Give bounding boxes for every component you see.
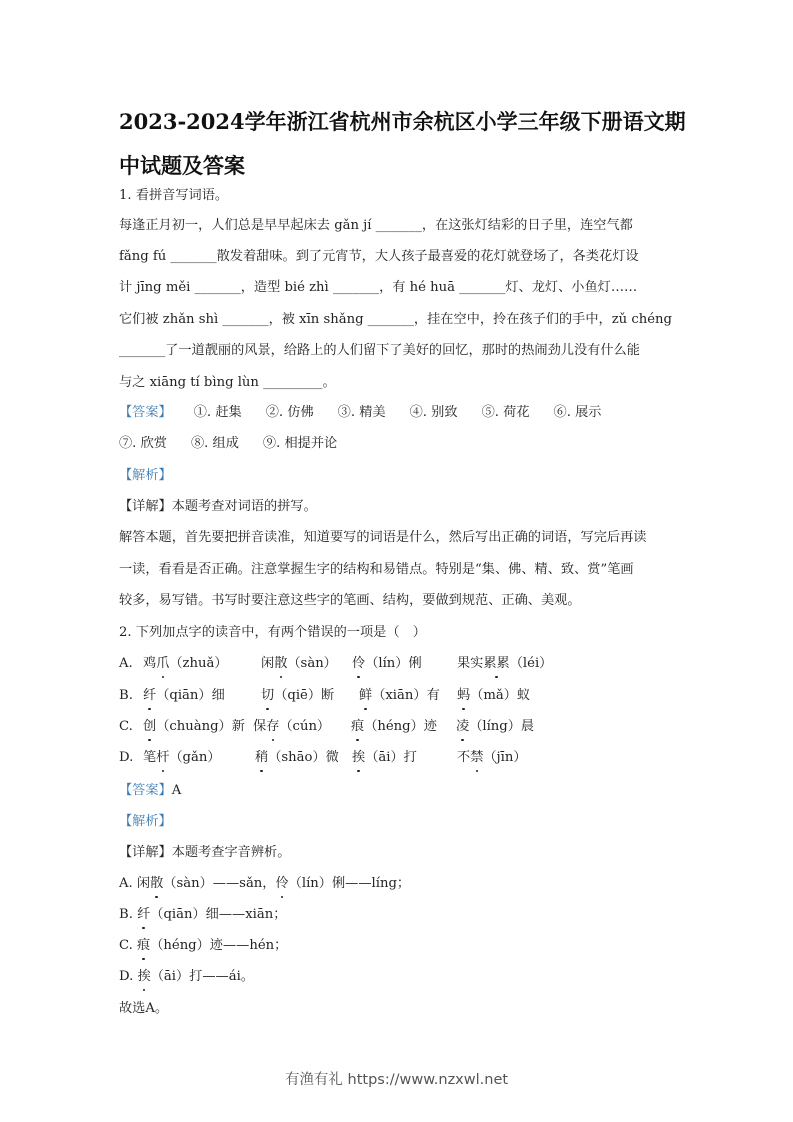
q2-option-b: B. 纤（qiān）细 切（qiē）断 鲜（xiān）有 蚂（mǎ）蚁 — [119, 686, 133, 706]
q1-detail: 【详解】本题考查对词语的拼写。 — [119, 497, 317, 517]
q2-option-a: A. 鸡爪（zhuǎ） 闲散（sàn） 伶（lín）俐 果实累累（léi） — [119, 654, 133, 674]
q2-stem: 2. 下列加点字的读音中，有两个错误的一项是（ ） — [119, 623, 426, 643]
q2-detail: 【详解】本题考查字音辨析。 — [119, 843, 290, 863]
option-item: 创（chuàng）新 — [143, 717, 245, 737]
q2-option-d: D. 笔杆（gǎn） 稍（shāo）微 挨（āi）打 不禁（jīn） — [119, 748, 133, 768]
option-item: 挨（āi）打 — [352, 748, 417, 768]
option-item: 稍（shāo）微 — [255, 748, 339, 768]
answer-label: 【答案】 — [119, 405, 172, 420]
q2-option-c: C. 创（chuàng）新 保存（cún） 痕（héng）迹 凌（líng）晨 — [119, 717, 133, 737]
q2-answer: 【答案】A — [119, 781, 181, 801]
q1-explain-line: 较多，易写错。书写时要注意这些字的笔画、结构，要做到规范、正确、美观。 — [119, 591, 581, 611]
answer-value: A — [172, 783, 182, 798]
q1-para-line: 计 jīng měi _______，造型 bié zhì _______，有 … — [119, 278, 637, 298]
q2-explain-b: B. 纤（qiān）细——xiān； — [119, 905, 286, 925]
q1-para-line: _______了一道靓丽的风景，给路上的人们留下了美好的回忆，那时的热闹劲儿没有… — [119, 341, 640, 361]
title-line-2: 中试题及答案 — [119, 144, 689, 188]
option-item: 闲散（sàn） — [261, 654, 337, 674]
answer-item: ⑨. 相提并论 — [263, 436, 337, 451]
answer-item: ⑥. 展示 — [554, 405, 602, 420]
q1-answer-row-1: 【答案】①. 赶集②. 仿佛③. 精美④. 别致⑤. 荷花⑥. 展示 — [119, 403, 601, 423]
q2-explain-d: D. 挨（āi）打——ái。 — [119, 967, 254, 987]
answer-item: ⑧. 组成 — [191, 436, 239, 451]
footer-watermark: 有渔有礼 https://www.nzxwl.net — [0, 1068, 793, 1089]
q1-para-line: fǎng fú _______散发着甜味。到了元宵节，大人孩子最喜爱的花灯就登场… — [119, 247, 639, 267]
q1-stem: 1. 看拼音写词语。 — [119, 186, 228, 206]
option-item: 蚂（mǎ）蚁 — [457, 686, 530, 706]
option-item: 痕（héng）迹 — [351, 717, 437, 737]
answer-item: ②. 仿佛 — [266, 405, 314, 420]
q2-explain-a: A. 闲散（sàn）——sǎn，伶（lín）俐——líng； — [119, 874, 410, 894]
option-item: 鸡爪（zhuǎ） — [143, 654, 228, 674]
option-item: 伶（lín）俐 — [352, 654, 422, 674]
q1-answer-row-2: ⑦. 欣赏⑧. 组成⑨. 相提并论 — [119, 434, 337, 454]
q2-conclusion: 故选A。 — [119, 999, 168, 1019]
option-item: 切（qiē）断 — [261, 686, 334, 706]
q1-para-line: 与之 xiāng tí bìng lùn _________。 — [119, 373, 336, 393]
analysis-label: 【解析】 — [119, 466, 172, 486]
option-item: 凌（líng）晨 — [456, 717, 534, 737]
option-item: 不禁（jīn） — [457, 748, 527, 768]
answer-item: ④. 别致 — [410, 405, 458, 420]
q1-explain-line: 解答本题，首先要把拼音读准，知道要写的词语是什么，然后写出正确的词语，写完后再读 — [119, 528, 647, 548]
option-item: 笔杆（gǎn） — [143, 748, 221, 768]
option-item: 纤（qiān）细 — [143, 686, 225, 706]
answer-label: 【答案】 — [119, 783, 172, 798]
answer-item: ⑤. 荷花 — [482, 405, 530, 420]
q1-para-line: 每逢正月初一，人们总是早早起床去 gǎn jí _______，在这张灯结彩的日… — [119, 216, 633, 236]
option-item: 保存（cún） — [253, 717, 330, 737]
document-title: 2023-2024学年浙江省杭州市余杭区小学三年级下册语文期 中试题及答案 — [119, 100, 689, 188]
answer-item: ③. 精美 — [338, 405, 386, 420]
answer-item: ⑦. 欣赏 — [119, 436, 167, 451]
title-line-1: 2023-2024学年浙江省杭州市余杭区小学三年级下册语文期 — [119, 100, 689, 144]
option-item: 鲜（xiān）有 — [359, 686, 440, 706]
q1-para-line: 它们被 zhǎn shì _______，被 xīn shǎng _______… — [119, 310, 672, 330]
analysis-label: 【解析】 — [119, 812, 172, 832]
q2-explain-c: C. 痕（héng）迹——hén； — [119, 936, 287, 956]
option-item: 果实累累（léi） — [457, 654, 552, 674]
answer-item: ①. 赶集 — [194, 405, 242, 420]
q1-explain-line: 一读，看看是否正确。注意掌握生字的结构和易错点。特别是“集、佛、精、致、赏”笔画 — [119, 560, 634, 580]
